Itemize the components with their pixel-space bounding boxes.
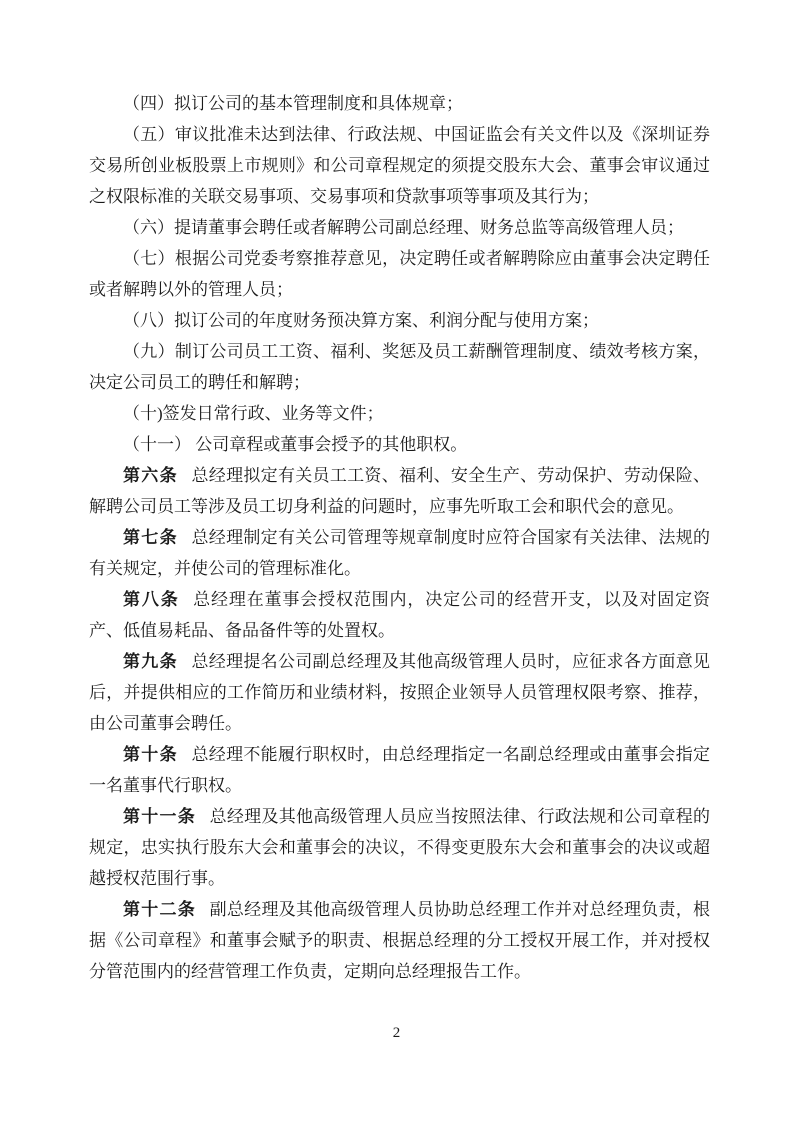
paragraph-text: （四）拟订公司的基本管理制度和具体规章； xyxy=(123,94,463,113)
paragraph: （六）提请董事会聘任或者解聘公司副总经理、财务总监等高级管理人员； xyxy=(89,212,710,243)
article-number: 第六条 xyxy=(123,466,178,485)
paragraph: 第七条总经理制定有关公司管理等规章制度时应符合国家有关法律、法规的有关规定，并使… xyxy=(89,522,710,584)
document-body: （四）拟订公司的基本管理制度和具体规章； （五）审议批准未达到法律、行政法规、中… xyxy=(89,88,710,987)
paragraph-text: （十一） 公司章程或董事会授予的其他职权。 xyxy=(123,435,467,454)
paragraph-text: （五）审议批准未达到法律、行政法规、中国证监会有关文件以及《深圳证券交易所创业板… xyxy=(89,125,710,206)
article-number: 第十二条 xyxy=(123,900,196,919)
paragraph-text: （十)签发日常行政、业务等文件； xyxy=(123,404,384,423)
article-number: 第七条 xyxy=(123,528,178,547)
paragraph-text: 总经理提名公司副总经理及其他高级管理人员时，应征求各方面意见后，并提供相应的工作… xyxy=(89,652,710,733)
article-number: 第十条 xyxy=(123,745,178,764)
paragraph-text: （六）提请董事会聘任或者解聘公司副总经理、财务总监等高级管理人员； xyxy=(123,218,684,237)
paragraph-text: 总经理在董事会授权范围内，决定公司的经营开支，以及对固定资产、低值易耗品、备品备… xyxy=(89,590,710,640)
paragraph: （九）制订公司员工工资、福利、奖惩及员工薪酬管理制度、绩效考核方案，决定公司员工… xyxy=(89,336,710,398)
paragraph: （五）审议批准未达到法律、行政法规、中国证监会有关文件以及《深圳证券交易所创业板… xyxy=(89,119,710,212)
paragraph: （十一） 公司章程或董事会授予的其他职权。 xyxy=(89,429,710,460)
paragraph: （七）根据公司党委考察推荐意见，决定聘任或者解聘除应由董事会决定聘任或者解聘以外… xyxy=(89,243,710,305)
paragraph: 第九条总经理提名公司副总经理及其他高级管理人员时，应征求各方面意见后，并提供相应… xyxy=(89,646,710,739)
paragraph: 第六条总经理拟定有关员工工资、福利、安全生产、劳动保护、劳动保险、解聘公司员工等… xyxy=(89,460,710,522)
paragraph-text: （七）根据公司党委考察推荐意见，决定聘任或者解聘除应由董事会决定聘任或者解聘以外… xyxy=(89,249,710,299)
paragraph: 第十条总经理不能履行职权时，由总经理指定一名副总经理或由董事会指定一名董事代行职… xyxy=(89,739,710,801)
paragraph-text: 总经理制定有关公司管理等规章制度时应符合国家有关法律、法规的有关规定，并使公司的… xyxy=(89,528,710,578)
paragraph: （十)签发日常行政、业务等文件； xyxy=(89,398,710,429)
paragraph: （四）拟订公司的基本管理制度和具体规章； xyxy=(89,88,710,119)
paragraph-text: （九）制订公司员工工资、福利、奖惩及员工薪酬管理制度、绩效考核方案，决定公司员工… xyxy=(89,342,710,392)
paragraph: 第十二条副总经理及其他高级管理人员协助总经理工作并对总经理负责，根据《公司章程》… xyxy=(89,894,710,987)
paragraph: 第八条总经理在董事会授权范围内，决定公司的经营开支，以及对固定资产、低值易耗品、… xyxy=(89,584,710,646)
paragraph: （八）拟订公司的年度财务预决算方案、利润分配与使用方案； xyxy=(89,305,710,336)
article-number: 第十一条 xyxy=(123,807,196,826)
paragraph: 第十一条总经理及其他高级管理人员应当按照法律、行政法规和公司章程的规定，忠实执行… xyxy=(89,801,710,894)
page-number: 2 xyxy=(393,1025,401,1041)
paragraph-text: （八）拟订公司的年度财务预决算方案、利润分配与使用方案； xyxy=(123,311,599,330)
page-footer: 2 xyxy=(0,1024,793,1042)
paragraph-text: 总经理拟定有关员工工资、福利、安全生产、劳动保护、劳动保险、解聘公司员工等涉及员… xyxy=(89,466,710,516)
document-page: （四）拟订公司的基本管理制度和具体规章； （五）审议批准未达到法律、行政法规、中… xyxy=(0,0,793,1122)
article-number: 第八条 xyxy=(123,590,180,609)
paragraph-text: 总经理不能履行职权时，由总经理指定一名副总经理或由董事会指定一名董事代行职权。 xyxy=(89,745,710,795)
article-number: 第九条 xyxy=(123,652,178,671)
